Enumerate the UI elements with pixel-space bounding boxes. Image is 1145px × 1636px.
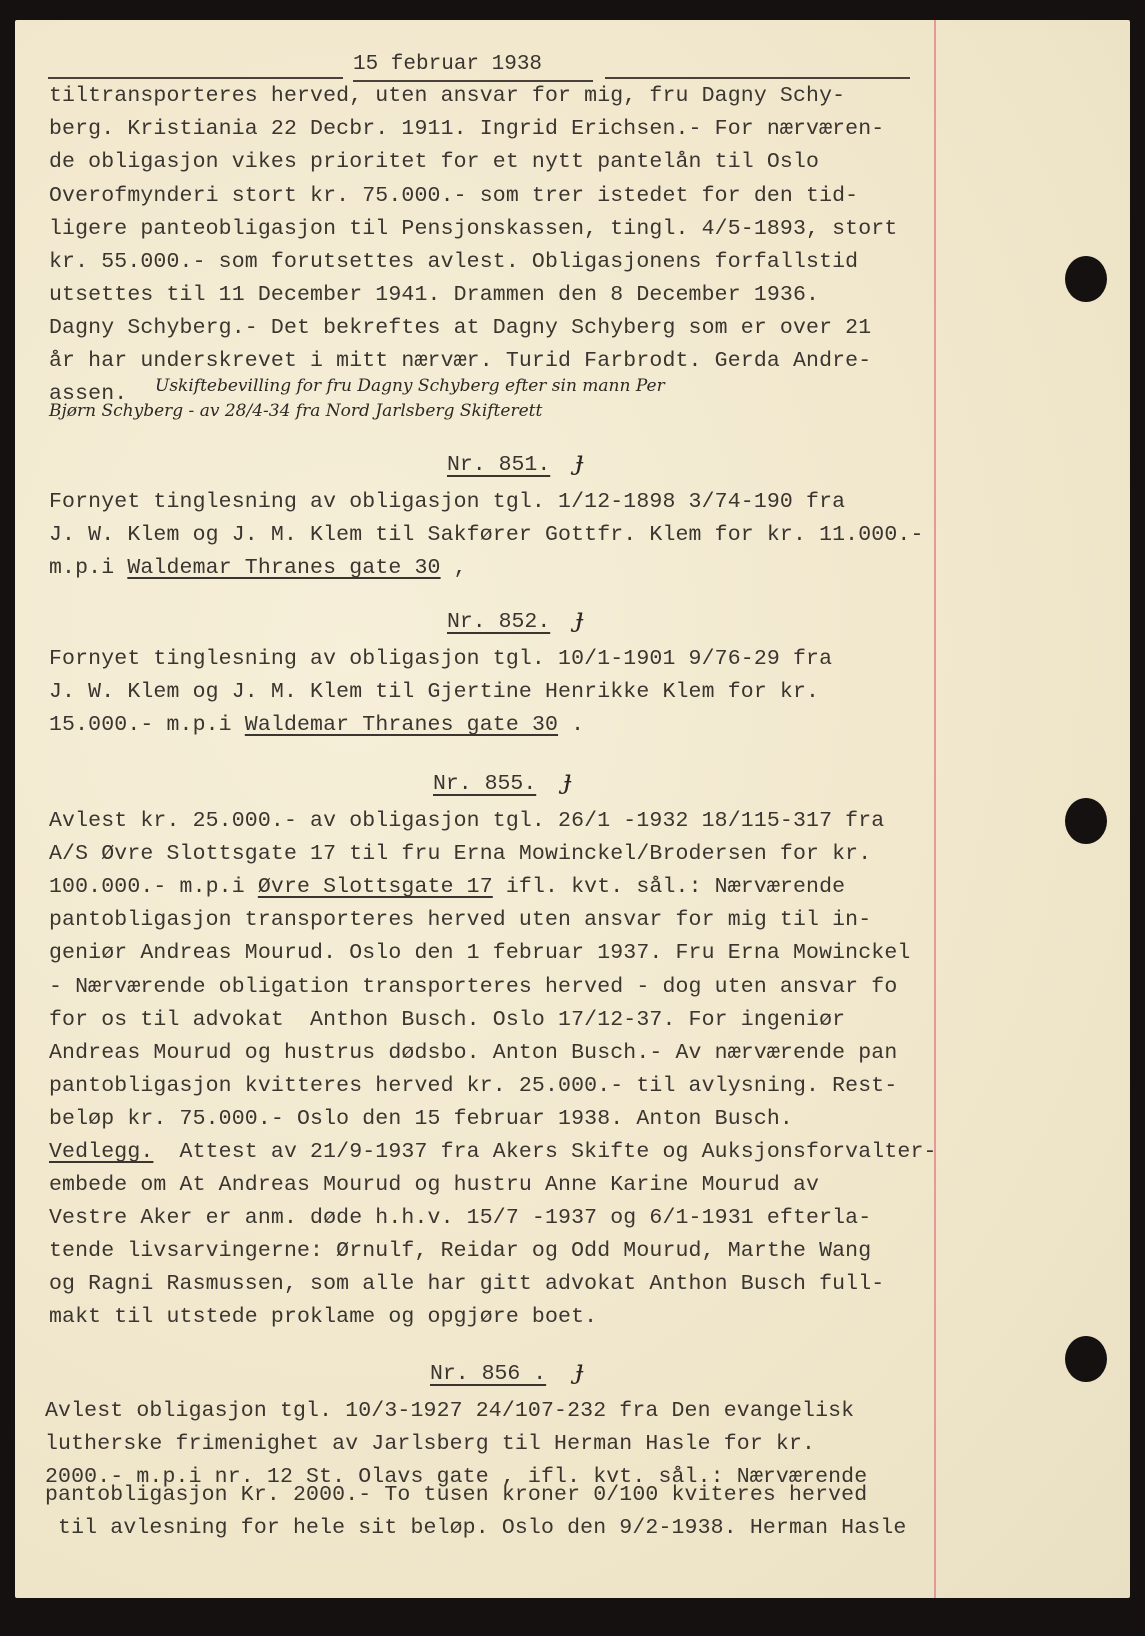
property-address: Waldemar Thranes gate 30 — [245, 713, 558, 737]
entry-number: Nr. 852. — [447, 610, 550, 634]
text-line: Avlest obligasjon tgl. 10/3-1927 24/107-… — [45, 1401, 854, 1423]
text-line: Fornyet tinglesning av obligasjon tgl. 1… — [49, 492, 845, 514]
text-line: berg. Kristiania 22 Decbr. 1911. Ingrid … — [49, 119, 884, 141]
text-line: til avlesning for hele sit beløp. Oslo d… — [45, 1518, 906, 1540]
text-line: Vestre Aker er anm. døde h.h.v. 15/7 -19… — [49, 1208, 871, 1230]
red-margin-line — [934, 20, 936, 1598]
address-prefix: m.p.i — [49, 556, 127, 580]
address-suffix: . — [558, 713, 584, 737]
text-line: pantobligasjon Kr. 2000.- To tusen krone… — [45, 1485, 867, 1507]
text-line: J. W. Klem og J. M. Klem til Gjertine He… — [49, 682, 819, 704]
property-address: Øvre Slottsgate 17 — [258, 875, 493, 899]
attachment-line: Vedlegg. Attest av 21/9-1937 fra Akers S… — [49, 1142, 937, 1164]
text-line: Overofmynderi stort kr. 75.000.- som tre… — [49, 186, 858, 208]
text-line: tiltransporteres herved, uten ansvar for… — [49, 86, 845, 108]
text-line: Andreas Mourud og hustrus dødsbo. Anton … — [49, 1043, 897, 1065]
text-line: kr. 55.000.- som forutsettes avlest. Obl… — [49, 252, 858, 274]
entry-number: Nr. 855. — [433, 772, 536, 796]
checkmark-icon: ɟ — [575, 446, 583, 476]
header-rule — [353, 80, 593, 82]
text-line: ligere panteobligasjon til Pensjonskasse… — [49, 219, 897, 241]
text-line: Fornyet tinglesning av obligasjon tgl. 1… — [49, 649, 832, 671]
punch-hole-icon — [1065, 256, 1107, 302]
punch-hole-icon — [1065, 1336, 1107, 1382]
address-suffix: ifl. kvt. sål.: Nærværende — [493, 875, 845, 899]
text-line: og Ragni Rasmussen, som alle har gitt ad… — [49, 1274, 884, 1296]
address-line: m.p.i Waldemar Thranes gate 30 , — [49, 558, 467, 580]
address-prefix: 100.000.- m.p.i — [49, 875, 258, 899]
text-line: utsettes til 11 December 1941. Drammen d… — [49, 285, 819, 307]
text-line: Avlest kr. 25.000.- av obligasjon tgl. 2… — [49, 811, 884, 833]
address-line: 15.000.- m.p.i Waldemar Thranes gate 30 … — [49, 715, 584, 737]
text-line: geniør Andreas Mourud. Oslo den 1 februa… — [49, 943, 910, 965]
text-line: for os til advokat Anthon Busch. Oslo 17… — [49, 1010, 845, 1032]
text-line: tende livsarvingerne: Ørnulf, Reidar og … — [49, 1241, 871, 1263]
address-suffix: , — [441, 556, 467, 580]
text-line: makt til utstede proklame og opgjøre boe… — [49, 1307, 597, 1329]
entry-number: Nr. 856 . — [430, 1362, 546, 1386]
text-line: - Nærværende obligation transporteres he… — [49, 977, 897, 999]
entry-number: Nr. 851. — [447, 453, 550, 477]
text-line: år har underskrevet i mitt nærvær. Turid… — [49, 351, 871, 373]
checkmark-icon: ɟ — [563, 765, 571, 795]
page-header-date: 15 februar 1938 — [353, 53, 542, 76]
property-address: Waldemar Thranes gate 30 — [127, 556, 440, 580]
text-line: A/S Øvre Slottsgate 17 til fru Erna Mowi… — [49, 844, 871, 866]
punch-hole-icon — [1065, 798, 1107, 844]
attachment-text: Attest av 21/9-1937 fra Akers Skifte og … — [153, 1140, 936, 1164]
checkmark-icon: ɟ — [575, 603, 583, 633]
address-prefix: 15.000.- m.p.i — [49, 713, 245, 737]
text-line: pantobligasjon kvitteres herved kr. 25.0… — [49, 1076, 897, 1098]
text-line: beløp kr. 75.000.- Oslo den 15 februar 1… — [49, 1109, 793, 1131]
handwritten-note: Uskiftebevilling for fru Dagny Schyberg … — [155, 376, 665, 396]
attachment-label: Vedlegg. — [49, 1140, 153, 1164]
checkmark-icon: ɟ — [575, 1355, 583, 1385]
text-line: pantobligasjon transporteres herved uten… — [49, 910, 871, 932]
document-page: 15 februar 1938 tiltransporteres herved,… — [15, 20, 1130, 1598]
address-line: 100.000.- m.p.i Øvre Slottsgate 17 ifl. … — [49, 877, 845, 899]
text-line: embede om At Andreas Mourud og hustru An… — [49, 1175, 819, 1197]
text-line: de obligasjon vikes prioritet for et nyt… — [49, 152, 819, 174]
text-line: Dagny Schyberg.- Det bekreftes at Dagny … — [49, 318, 871, 340]
header-rule — [48, 77, 343, 79]
header-rule — [605, 77, 910, 79]
handwritten-note: Bjørn Schyberg - av 28/4-34 fra Nord Jar… — [49, 401, 542, 421]
text-line: J. W. Klem og J. M. Klem til Sakfører Go… — [49, 525, 924, 547]
text-line: lutherske frimenighet av Jarlsberg til H… — [45, 1434, 815, 1456]
